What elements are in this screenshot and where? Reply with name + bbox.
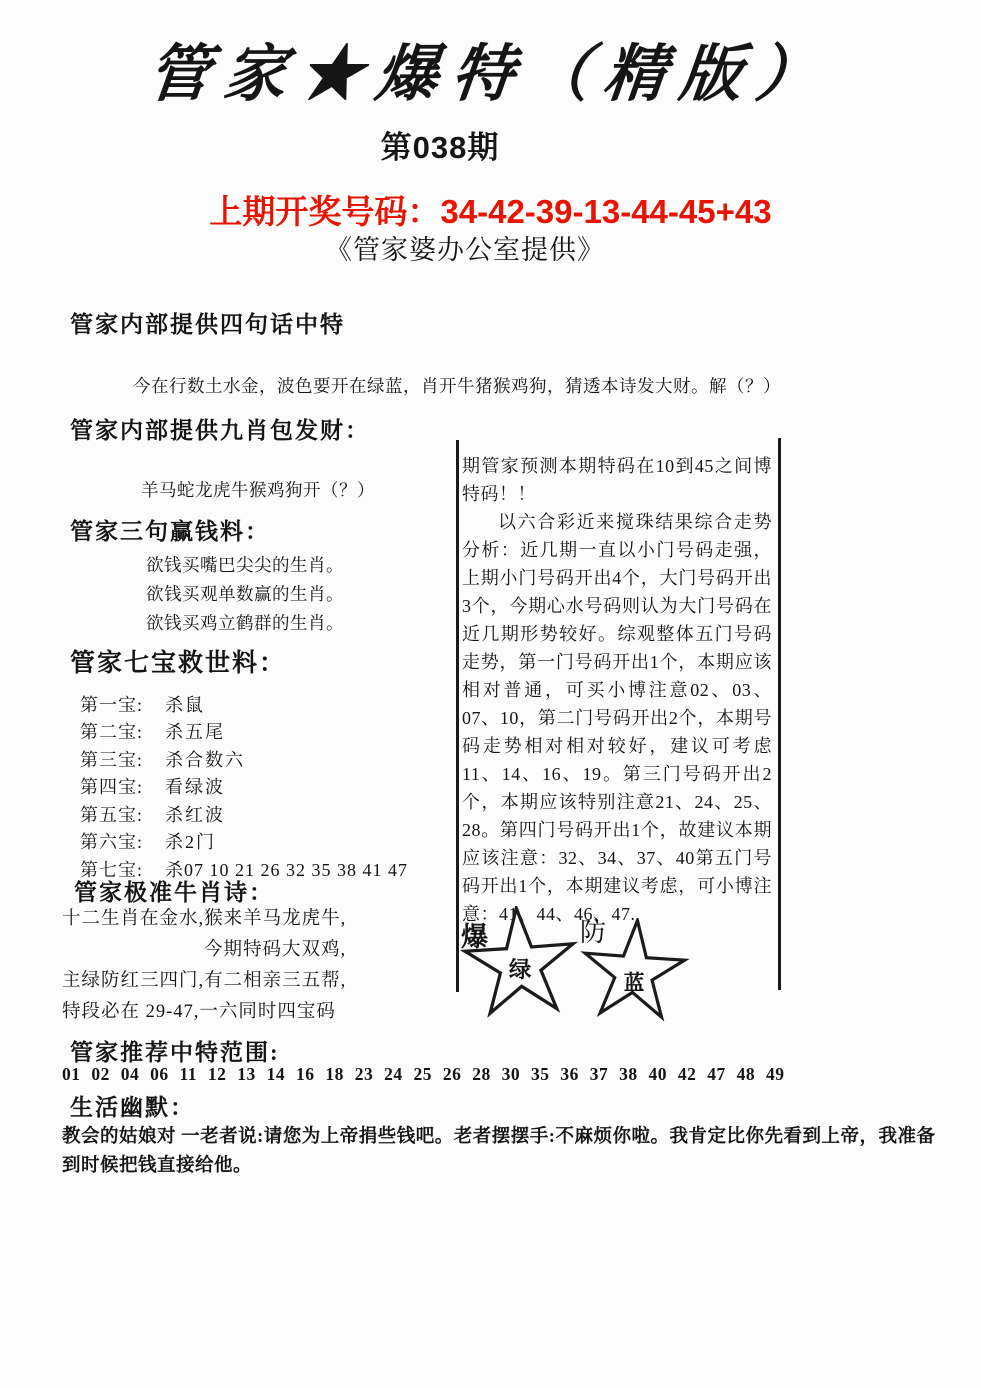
treasure-row: 第一宝: 杀鼠 [80,690,408,718]
treasure-label: 第二宝: [80,718,143,744]
poem-line: 特段必在 29-47,一六同时四宝码 [62,997,346,1028]
prediction-analysis: 期管家预测本期特码在10到45之间博特码！！ 以六合彩近来搅珠结果综合走势分析：… [462,452,772,928]
green-star-icon: 绿 [457,906,583,1018]
nine-zodiac-line: 羊马蛇龙虎牛猴鸡狗开（？） [141,477,375,502]
treasure-value: 杀合数六 [165,746,245,772]
poem-line: 十二生肖在金水,猴来羊马龙虎牛, [62,904,346,935]
treasure-label: 第六宝: [80,828,143,854]
four-sentence-line: 今在行数土水金，波色要开在绿蓝，肖开牛猪猴鸡狗，猜透本诗发大财。解（？） [133,373,781,398]
treasure-row: 第五宝: 杀红波 [80,800,408,828]
issue-number: 第038期 [0,122,880,167]
poem-line: 今期特码大双鸡, [62,935,346,966]
treasure-row: 第二宝: 杀五尾 [80,718,408,746]
treasure-row: 第六宝: 杀2门 [80,828,408,856]
prediction-paragraph: 以六合彩近来搅珠结果综合走势分析：近几期一直以小门号码走强，上期小门号码开出4个… [462,508,772,928]
win-money-line: 欲钱买鸡立鹤群的生肖。 [146,610,344,639]
treasure-row: 第四宝: 看绿波 [80,773,408,801]
treasure-label: 第三宝: [80,746,143,772]
humor-text: 教会的姑娘对 一老者说:请您为上帝捐些钱吧。老者摆摆手:不麻烦你啦。我肯定比你先… [62,1123,947,1180]
treasure-value: 杀五尾 [165,718,225,744]
poem-line: 主绿防红三四门,有二相亲三五帮, [62,966,346,997]
win-money-line: 欲钱买嘴巴尖尖的生肖。 [146,552,344,581]
win-money-line: 欲钱买观单数赢的生肖。 [146,581,344,610]
heading-humor: 生活幽默： [70,1089,195,1122]
heading-four-sentence: 管家内部提供四句话中特 [70,306,345,339]
treasure-value: 杀2门 [165,828,216,854]
tip-sheet-page: 管家★爆特（精版） 第038期 上期开奖号码：34-42-39-13-44-45… [0,0,981,1388]
three-sentences-list: 欲钱买嘴巴尖尖的生肖。 欲钱买观单数赢的生肖。 欲钱买鸡立鹤群的生肖。 [146,552,344,639]
heading-range: 管家推荐中特范围: [70,1034,280,1067]
provider-line: 《管家婆办公室提供》 [0,228,930,267]
heading-seven-treasures: 管家七宝救世料： [70,643,286,679]
zodiac-poem: 十二生肖在金水,猴来羊马龙虎牛, 今期特码大双鸡, 主绿防红三四门,有二相亲三五… [62,904,346,1028]
page-title: 管家★爆特（精版） [0,24,981,113]
treasure-label: 第一宝: [80,691,143,717]
treasure-label: 第四宝: [80,773,143,799]
blue-star-icon: 蓝 [576,918,692,1022]
treasure-value: 看绿波 [165,773,225,799]
heading-zodiac-poem: 管家极准牛肖诗： [74,874,274,907]
treasure-label: 第五宝: [80,801,143,827]
range-numbers: 01 02 04 06 11 12 13 14 16 18 23 24 25 2… [62,1064,785,1085]
heading-nine-zodiac: 管家内部提供九肖包发财： [70,412,370,445]
treasure-row: 第三宝: 杀合数六 [80,745,408,773]
last-draw-numbers: 上期开奖号码：34-42-39-13-44-45+43 [0,186,981,233]
green-star-text: 绿 [509,957,532,982]
blue-star-text: 蓝 [624,971,645,995]
prediction-paragraph: 期管家预测本期特码在10到45之间博特码！！ [462,452,772,508]
treasure-value: 杀红波 [165,801,225,827]
heading-three-sentences: 管家三句赢钱料： [70,513,270,546]
seven-treasures-list: 第一宝: 杀鼠 第二宝: 杀五尾 第三宝: 杀合数六 第四宝: 看绿波 第五宝:… [80,690,408,883]
treasure-value: 杀鼠 [165,691,205,717]
prediction-box-right-rule [778,438,781,990]
